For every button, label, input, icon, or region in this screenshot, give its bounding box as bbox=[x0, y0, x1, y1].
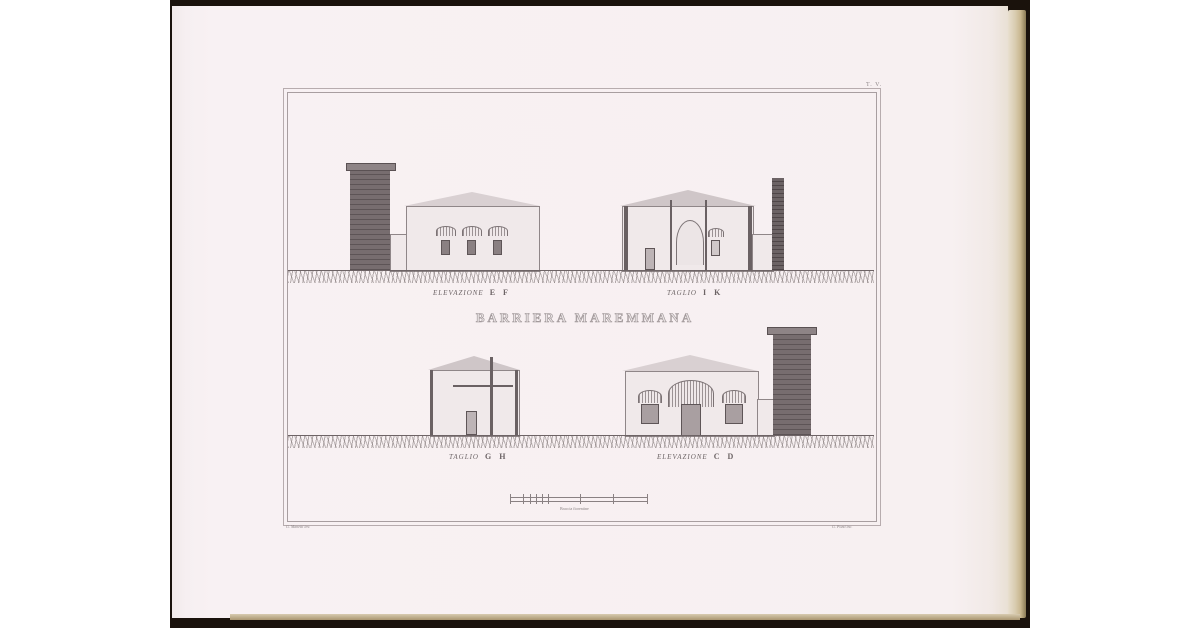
roof bbox=[404, 192, 540, 206]
ground-line-bottom bbox=[288, 435, 874, 448]
caption: TAGLIOI K bbox=[667, 288, 723, 297]
scale-label: Braccia fiorentine bbox=[560, 506, 589, 511]
credit-right: G. Pozzi inc. bbox=[832, 524, 852, 529]
caption: ELEVAZIONEC D bbox=[657, 452, 736, 461]
arch-window bbox=[436, 226, 456, 236]
wall-section bbox=[705, 200, 707, 270]
central-arch bbox=[668, 380, 714, 407]
wall-section bbox=[515, 370, 518, 435]
annex bbox=[752, 234, 774, 272]
wall-section bbox=[624, 206, 628, 270]
window bbox=[725, 404, 743, 424]
entrance-door bbox=[681, 404, 701, 436]
page-bottom-edge bbox=[230, 614, 1020, 620]
arch-window bbox=[488, 226, 508, 236]
tower-cap bbox=[346, 163, 396, 171]
building bbox=[406, 206, 540, 272]
window bbox=[441, 240, 450, 255]
roof-section bbox=[620, 190, 756, 206]
tower-cap bbox=[767, 327, 817, 335]
tower bbox=[350, 170, 390, 270]
floor-section bbox=[453, 385, 513, 387]
window bbox=[467, 240, 476, 255]
caption: ELEVAZIONEE F bbox=[433, 288, 511, 297]
roof bbox=[622, 355, 758, 371]
central-arch bbox=[676, 220, 704, 265]
arch-window bbox=[708, 228, 724, 237]
arch-window bbox=[722, 390, 746, 403]
chimney-flue bbox=[490, 357, 493, 435]
credit-left: G. Manetti inv. bbox=[286, 524, 310, 529]
wall-section bbox=[670, 200, 672, 270]
ground-line-top bbox=[288, 270, 874, 283]
plate-border-inner bbox=[287, 92, 877, 522]
plate-title: BARRIERA MAREMMANA bbox=[470, 310, 700, 326]
arch-window bbox=[638, 390, 662, 403]
window bbox=[711, 240, 720, 256]
roof-section bbox=[428, 356, 520, 370]
arch-window bbox=[462, 226, 482, 236]
tower bbox=[773, 334, 811, 435]
page-edge bbox=[1008, 10, 1026, 618]
window bbox=[641, 404, 659, 424]
chimney-tower bbox=[772, 178, 784, 270]
caption: TAGLIOG H bbox=[449, 452, 508, 461]
wall-section bbox=[430, 370, 433, 435]
scale-bar bbox=[510, 497, 648, 502]
plate-number: T. V. bbox=[866, 82, 882, 88]
window bbox=[493, 240, 502, 255]
door bbox=[645, 248, 655, 270]
door bbox=[466, 411, 477, 435]
